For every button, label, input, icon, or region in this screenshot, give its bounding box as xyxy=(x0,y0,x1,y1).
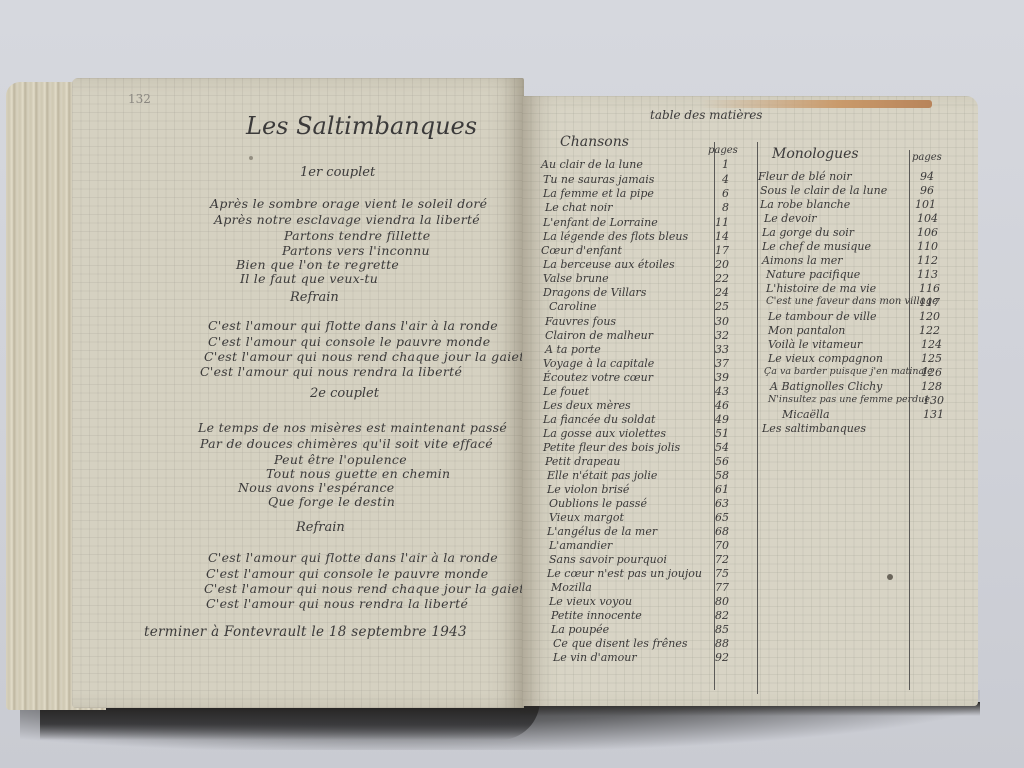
toc-entry: La robe blanche xyxy=(760,198,850,211)
verse-line: Partons tendre fillette xyxy=(284,228,430,243)
toc-entry: L'amandier xyxy=(549,539,612,552)
toc-entry: Clairon de malheur xyxy=(545,329,653,342)
toc-page: 11 xyxy=(695,216,729,229)
toc-entry: Nature pacifique xyxy=(766,268,860,281)
toc-page: 117 xyxy=(906,296,940,309)
toc-page: 110 xyxy=(904,240,938,253)
verse-line: C'est l'amour qui flotte dans l'air à la… xyxy=(208,318,498,333)
toc-page: 14 xyxy=(695,230,729,243)
toc-entry: Mon pantalon xyxy=(768,324,845,337)
section-heading-couplet-2: 2e couplet xyxy=(310,386,379,401)
toc-entry: Voilà le vitameur xyxy=(768,338,862,351)
toc-entry: Vieux margot xyxy=(549,511,624,524)
toc-entry: Tu ne sauras jamais xyxy=(543,173,654,186)
toc-page: 116 xyxy=(906,282,940,295)
toc-page: 49 xyxy=(695,413,729,426)
toc-page: 51 xyxy=(695,427,729,440)
verse-line: Bien que l'on te regrette xyxy=(236,257,399,272)
chansons-heading: Chansons xyxy=(560,134,629,150)
closing-signature: terminer à Fontevrault le 18 septembre 1… xyxy=(144,624,467,640)
toc-entry: A ta porte xyxy=(545,343,601,356)
monologues-heading: Monologues xyxy=(772,146,859,162)
toc-page: 72 xyxy=(695,553,729,566)
left-page xyxy=(72,78,524,708)
toc-entry: Petite innocente xyxy=(551,609,642,622)
toc-entry: Le violon brisé xyxy=(547,483,629,496)
toc-entry: Fauvres fous xyxy=(545,315,616,328)
toc-page: 65 xyxy=(695,511,729,524)
toc-entry: Le vieux voyou xyxy=(549,595,632,608)
toc-entry: Micaëlla xyxy=(782,408,830,421)
toc-page: 80 xyxy=(695,595,729,608)
toc-page: 124 xyxy=(908,338,942,351)
verse-line: Tout nous guette en chemin xyxy=(266,466,450,481)
verse-line: Il le faut que veux-tu xyxy=(240,271,378,286)
toc-entry: Valse brune xyxy=(543,272,609,285)
toc-entry: La fiancée du soldat xyxy=(543,413,655,426)
toc-entry: La poupée xyxy=(551,623,609,636)
verse-line: Par de douces chimères qu'il soit vite e… xyxy=(200,436,493,451)
verse-line: C'est l'amour qui nous rendra la liberté xyxy=(200,364,462,379)
verse-line: C'est l'amour qui nous rend chaque jour … xyxy=(204,581,532,596)
verse-line: C'est l'amour qui flotte dans l'air à la… xyxy=(208,550,498,565)
toc-entry: Caroline xyxy=(549,300,597,313)
verse-line: Après notre esclavage viendra la liberté xyxy=(214,212,480,227)
toc-entry: Dragons de Villars xyxy=(543,286,646,299)
toc-page: 77 xyxy=(695,581,729,594)
toc-page: 43 xyxy=(695,385,729,398)
toc-page: 122 xyxy=(906,324,940,337)
toc-entry: La légende des flots bleus xyxy=(543,230,688,243)
monologues-pages-heading: pages xyxy=(912,152,942,163)
toc-entry: N'insultez pas une femme perdue xyxy=(768,394,930,405)
toc-page: 32 xyxy=(695,329,729,342)
verse-line: C'est l'amour qui nous rendra la liberté xyxy=(206,596,468,611)
toc-entry: Sous le clair de la lune xyxy=(760,184,887,197)
toc-page: 33 xyxy=(695,343,729,356)
toc-page: 24 xyxy=(695,286,729,299)
verse-line: C'est l'amour qui console le pauvre mond… xyxy=(206,566,488,581)
toc-page: 130 xyxy=(910,394,944,407)
toc-page: 30 xyxy=(695,315,729,328)
toc-entry: Le cœur n'est pas un joujou xyxy=(547,567,702,580)
toc-page: 104 xyxy=(904,212,938,225)
toc-entry: Les saltimbanques xyxy=(762,422,866,435)
toc-entry: Le vieux compagnon xyxy=(768,352,883,365)
column-divider-rule xyxy=(757,142,758,694)
toc-page: 125 xyxy=(908,352,942,365)
toc-page: 112 xyxy=(904,254,938,267)
toc-entry: Oublions le passé xyxy=(549,497,647,510)
toc-page: 20 xyxy=(695,258,729,271)
verse-line: C'est l'amour qui nous rend chaque jour … xyxy=(204,349,532,364)
toc-page: 131 xyxy=(910,408,944,421)
chansons-pages-heading: pages xyxy=(708,145,738,156)
toc-page: 61 xyxy=(695,483,729,496)
toc-entry: Sans savoir pourquoi xyxy=(549,553,667,566)
toc-entry: Le devoir xyxy=(764,212,816,225)
toc-page: 85 xyxy=(695,623,729,636)
toc-entry: Fleur de blé noir xyxy=(758,170,852,183)
toc-entry: L'histoire de ma vie xyxy=(766,282,876,295)
toc-page: 92 xyxy=(695,651,729,664)
verse-line: Que forge le destin xyxy=(268,494,395,509)
toc-page: 128 xyxy=(908,380,942,393)
page-number: 132 xyxy=(128,92,151,106)
toc-entry: Ce que disent les frênes xyxy=(553,637,688,650)
toc-entry: La gorge du soir xyxy=(762,226,854,239)
toc-entry: Cœur d'enfant xyxy=(541,244,622,257)
toc-page: 17 xyxy=(695,244,729,257)
toc-entry: Le chat noir xyxy=(545,201,613,214)
toc-page: 75 xyxy=(695,567,729,580)
toc-entry: Elle n'était pas jolie xyxy=(547,469,657,482)
toc-entry: Voyage à la capitale xyxy=(543,357,654,370)
toc-page: 126 xyxy=(908,366,942,379)
toc-entry: Les deux mères xyxy=(543,399,631,412)
ink-spot xyxy=(887,574,893,580)
toc-page: 63 xyxy=(695,497,729,510)
toc-entry: La berceuse aux étoiles xyxy=(543,258,675,271)
toc-page: 8 xyxy=(695,201,729,214)
toc-page: 58 xyxy=(695,469,729,482)
toc-page: 6 xyxy=(695,187,729,200)
toc-page: 56 xyxy=(695,455,729,468)
toc-page: 88 xyxy=(695,637,729,650)
toc-page: 106 xyxy=(904,226,938,239)
toc-entry: Au clair de la lune xyxy=(541,158,643,171)
toc-page: 37 xyxy=(695,357,729,370)
section-heading-refrain: Refrain xyxy=(296,520,345,535)
toc-entry: La gosse aux violettes xyxy=(543,427,666,440)
toc-entry: Petit drapeau xyxy=(545,455,620,468)
toc-entry: Écoutez votre cœur xyxy=(543,371,653,384)
page-top-edge xyxy=(700,100,932,108)
toc-page: 120 xyxy=(906,310,940,323)
toc-page: 22 xyxy=(695,272,729,285)
toc-page: 68 xyxy=(695,525,729,538)
toc-page: 54 xyxy=(695,441,729,454)
toc-page: 101 xyxy=(902,198,936,211)
toc-entry: L'enfant de Lorraine xyxy=(543,216,658,229)
verse-line: C'est l'amour qui console le pauvre mond… xyxy=(208,334,490,349)
toc-entry: Le vin d'amour xyxy=(553,651,637,664)
toc-entry: Mozilla xyxy=(551,581,592,594)
toc-entry: A Batignolles Clichy xyxy=(770,380,882,393)
toc-title: table des matières xyxy=(650,108,762,122)
toc-page: 94 xyxy=(900,170,934,183)
verse-line: Nous avons l'espérance xyxy=(238,480,395,495)
toc-entry: Le fouet xyxy=(543,385,589,398)
toc-page: 70 xyxy=(695,539,729,552)
toc-entry: Petite fleur des bois jolis xyxy=(543,441,680,454)
toc-page: 96 xyxy=(900,184,934,197)
toc-page: 25 xyxy=(695,300,729,313)
toc-entry: La femme et la pipe xyxy=(543,187,654,200)
toc-page: 46 xyxy=(695,399,729,412)
verse-line: Après le sombre orage vient le soleil do… xyxy=(210,196,487,211)
toc-page: 39 xyxy=(695,371,729,384)
song-title: Les Saltimbanques xyxy=(246,112,477,140)
verse-line: Peut être l'opulence xyxy=(274,452,407,467)
verse-line: Partons vers l'inconnu xyxy=(282,243,430,258)
section-heading-couplet-1: 1er couplet xyxy=(300,165,375,180)
toc-page: 113 xyxy=(904,268,938,281)
ink-spot xyxy=(249,156,253,160)
verse-line: Le temps de nos misères est maintenant p… xyxy=(198,420,507,435)
section-heading-refrain: Refrain xyxy=(290,290,339,305)
toc-page: 82 xyxy=(695,609,729,622)
toc-entry: L'angélus de la mer xyxy=(547,525,657,538)
toc-page: 4 xyxy=(695,173,729,186)
toc-entry: Le tambour de ville xyxy=(768,310,877,323)
toc-entry: Aimons la mer xyxy=(762,254,843,267)
toc-page: 1 xyxy=(695,158,729,171)
toc-entry: Le chef de musique xyxy=(762,240,871,253)
